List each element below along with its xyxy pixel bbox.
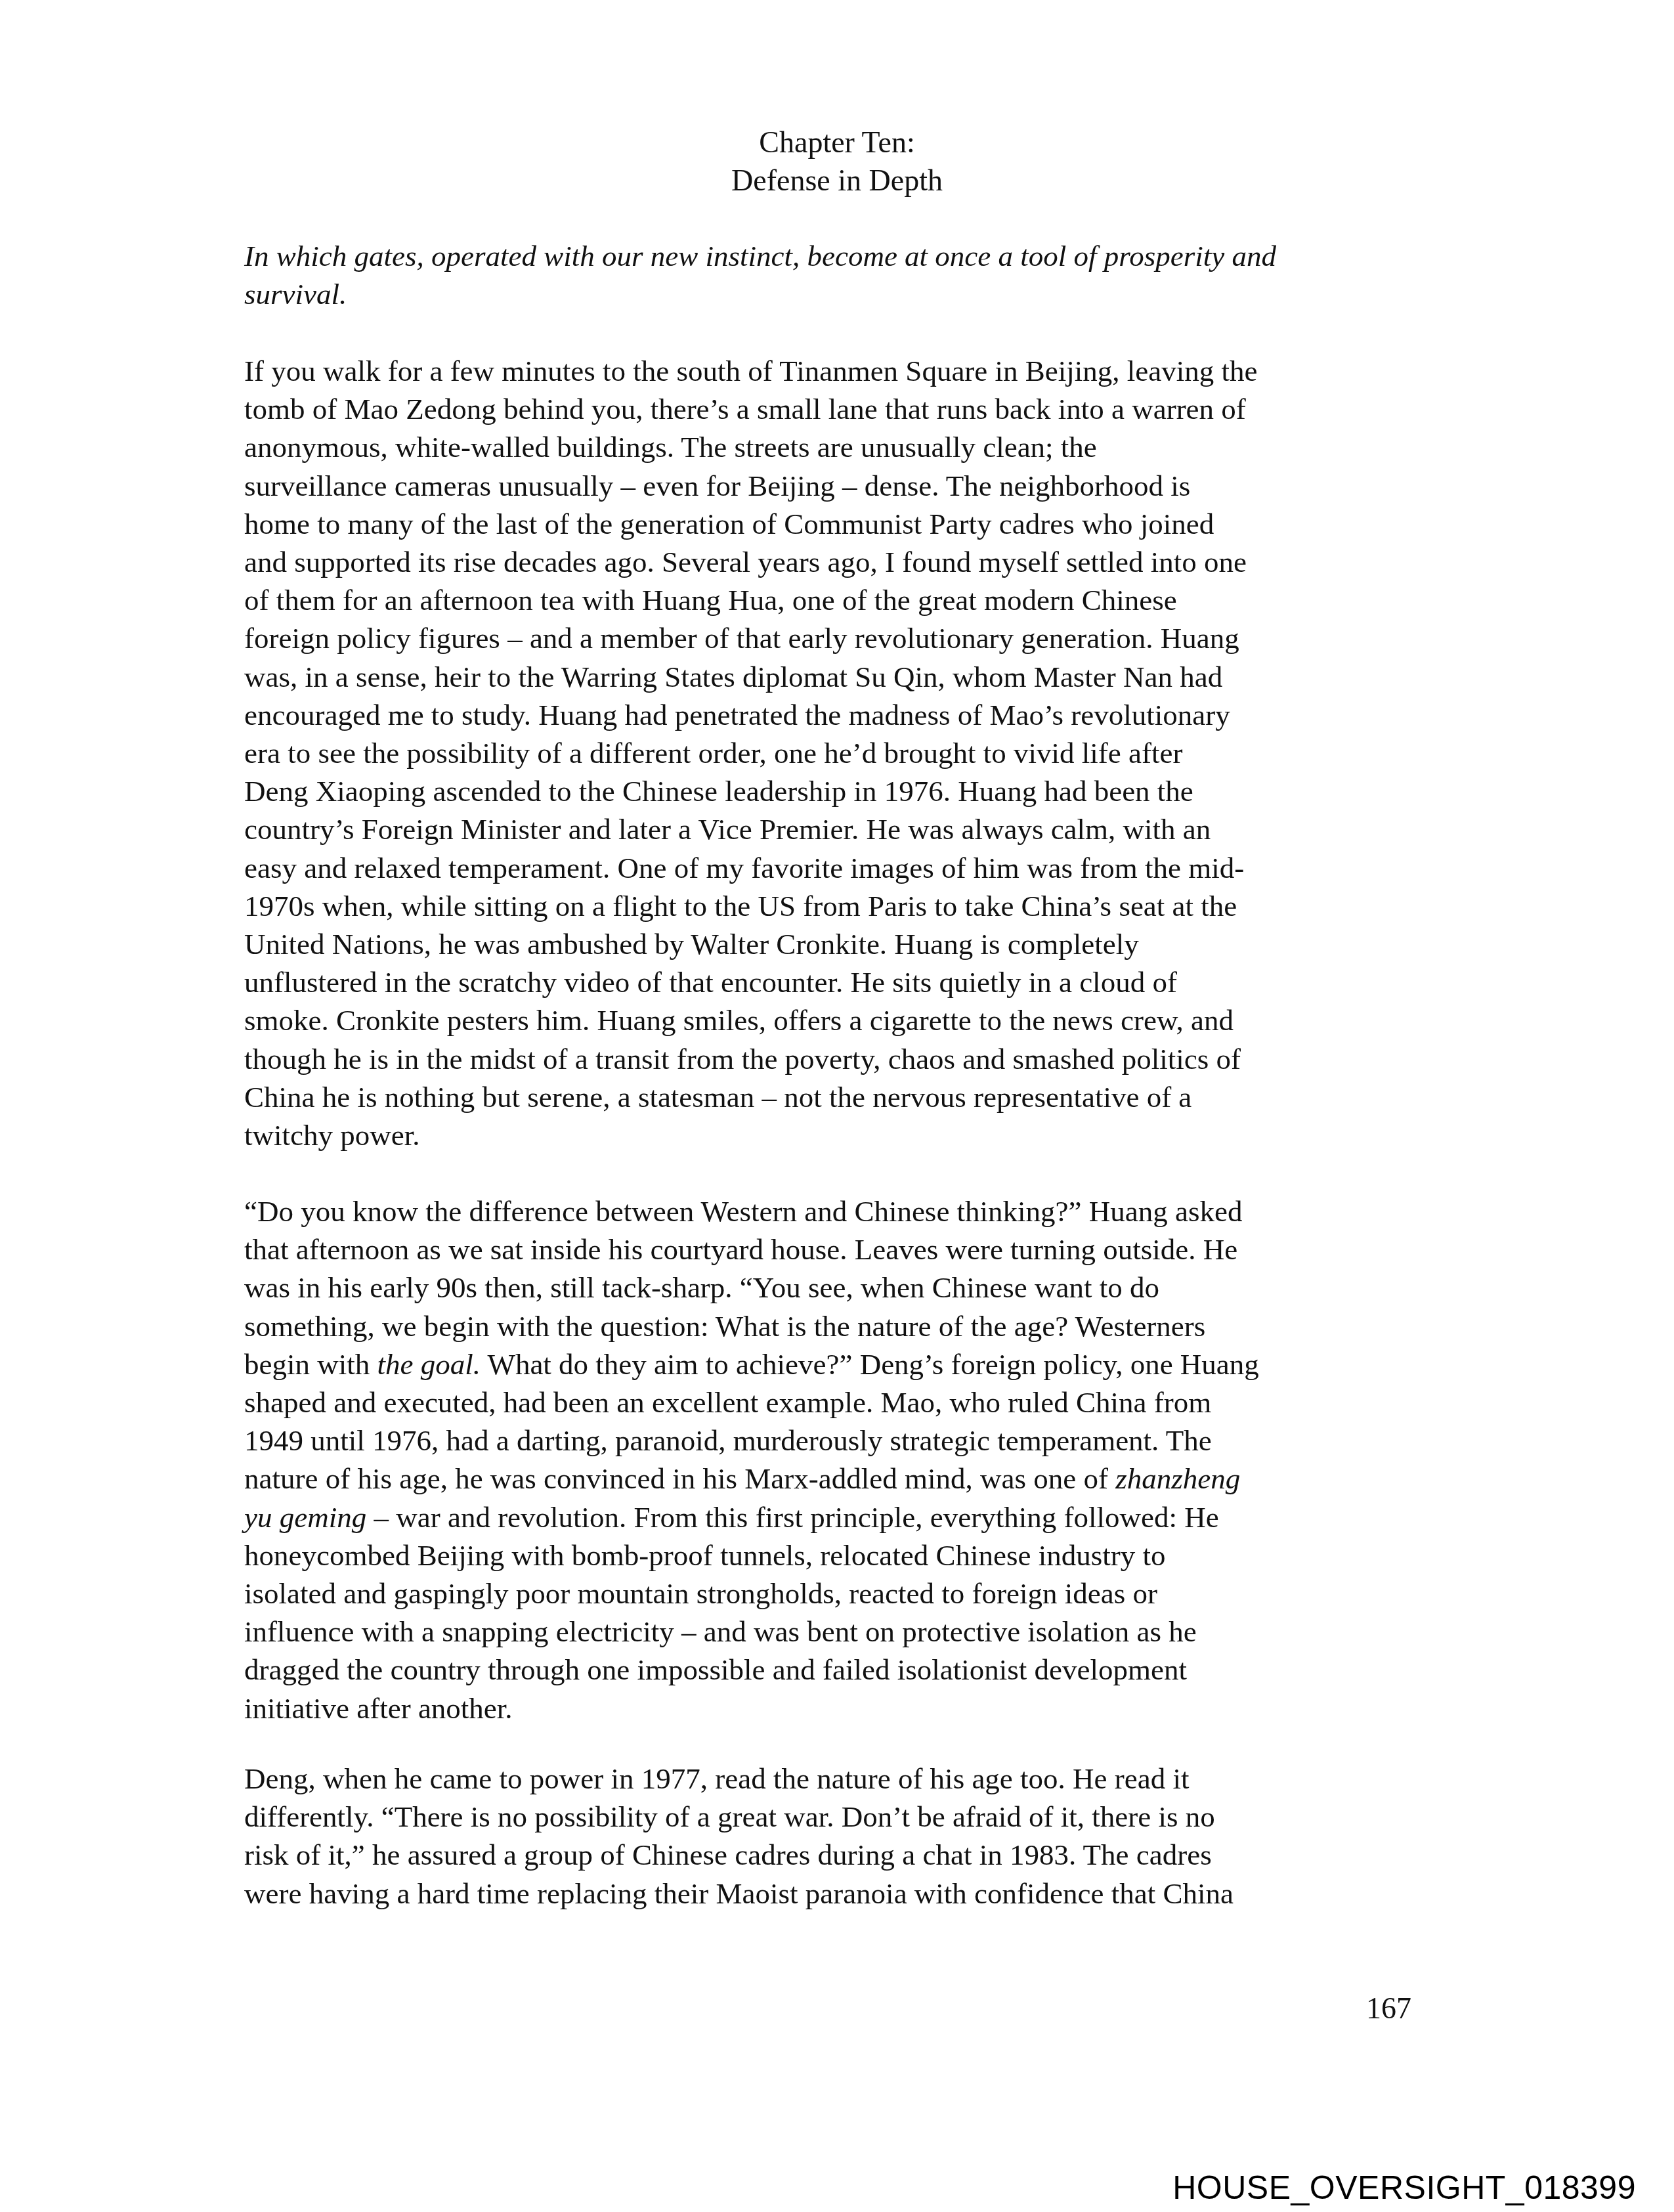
chapter-heading: Chapter Ten: Defense in Depth [0, 123, 1674, 200]
text-line: initiative after another. [244, 1689, 1419, 1727]
bates-stamp: HOUSE_OVERSIGHT_018399 [1172, 2169, 1636, 2206]
text-run: – war and revolution. From this first pr… [366, 1501, 1218, 1534]
text-line: dragged the country through one impossib… [244, 1651, 1419, 1689]
text-line: tomb of Mao Zedong behind you, there’s a… [244, 390, 1419, 428]
text-line: China he is nothing but serene, a states… [244, 1078, 1419, 1116]
text-line: Deng, when he came to power in 1977, rea… [244, 1760, 1419, 1798]
document-page: Chapter Ten: Defense in Depth In which g… [0, 0, 1674, 2212]
chapter-title: Defense in Depth [0, 162, 1674, 200]
text-line: smoke. Cronkite pesters him. Huang smile… [244, 1001, 1419, 1039]
text-run: nature of his age, he was convinced in h… [244, 1462, 1115, 1495]
text-line: begin with the goal. What do they aim to… [244, 1345, 1419, 1383]
text-line: was in his early 90s then, still tack-sh… [244, 1269, 1419, 1307]
text-line: was, in a sense, heir to the Warring Sta… [244, 658, 1419, 696]
body-paragraph-1: If you walk for a few minutes to the sou… [244, 352, 1419, 1154]
text-line: unflustered in the scratchy video of tha… [244, 963, 1419, 1001]
text-line: Deng Xiaoping ascended to the Chinese le… [244, 772, 1419, 810]
text-line: foreign policy figures – and a member of… [244, 619, 1419, 657]
text-line: surveillance cameras unusually – even fo… [244, 467, 1419, 505]
text-line: honeycombed Beijing with bomb-proof tunn… [244, 1536, 1419, 1574]
text-line: isolated and gaspingly poor mountain str… [244, 1574, 1419, 1613]
text-run: What do they aim to achieve?” Deng’s for… [481, 1348, 1259, 1381]
text-line: risk of it,” he assured a group of Chine… [244, 1836, 1419, 1874]
text-line: 1949 until 1976, had a darting, paranoid… [244, 1421, 1419, 1460]
text-line: of them for an afternoon tea with Huang … [244, 581, 1419, 619]
text-line: yu geming – war and revolution. From thi… [244, 1498, 1419, 1536]
text-line: that afternoon as we sat inside his cour… [244, 1230, 1419, 1269]
text-line: twitchy power. [244, 1116, 1419, 1154]
text-line: shaped and executed, had been an excelle… [244, 1383, 1419, 1421]
page-number: 167 [1366, 1989, 1411, 2028]
body-paragraph-3: Deng, when he came to power in 1977, rea… [244, 1760, 1419, 1913]
italic-emphasis: zhanzheng [1115, 1462, 1240, 1495]
text-line: encouraged me to study. Huang had penetr… [244, 696, 1419, 734]
text-run: begin with [244, 1348, 377, 1381]
text-line: 1970s when, while sitting on a flight to… [244, 887, 1419, 925]
text-line: United Nations, he was ambushed by Walte… [244, 925, 1419, 963]
text-line: country’s Foreign Minister and later a V… [244, 810, 1419, 848]
text-line: and supported its rise decades ago. Seve… [244, 543, 1419, 581]
text-line: If you walk for a few minutes to the sou… [244, 352, 1419, 390]
text-line: “Do you know the difference between West… [244, 1192, 1419, 1230]
text-line: were having a hard time replacing their … [244, 1875, 1419, 1913]
text-line: easy and relaxed temperament. One of my … [244, 849, 1419, 887]
text-line: home to many of the last of the generati… [244, 505, 1419, 543]
text-line: anonymous, white-walled buildings. The s… [244, 428, 1419, 466]
text-line: era to see the possibility of a differen… [244, 734, 1419, 772]
text-line: though he is in the midst of a transit f… [244, 1040, 1419, 1078]
italic-emphasis: yu geming [244, 1501, 366, 1534]
text-line: nature of his age, he was convinced in h… [244, 1460, 1419, 1498]
epigraph-line: survival. [244, 275, 1419, 313]
epigraph-line: In which gates, operated with our new in… [244, 237, 1419, 275]
chapter-number-label: Chapter Ten: [0, 123, 1674, 162]
italic-emphasis: the goal. [377, 1348, 480, 1381]
text-line: influence with a snapping electricity – … [244, 1613, 1419, 1651]
text-line: differently. “There is no possibility of… [244, 1798, 1419, 1836]
body-paragraph-2: “Do you know the difference between West… [244, 1192, 1419, 1727]
chapter-epigraph: In which gates, operated with our new in… [244, 237, 1419, 313]
text-line: something, we begin with the question: W… [244, 1307, 1419, 1345]
